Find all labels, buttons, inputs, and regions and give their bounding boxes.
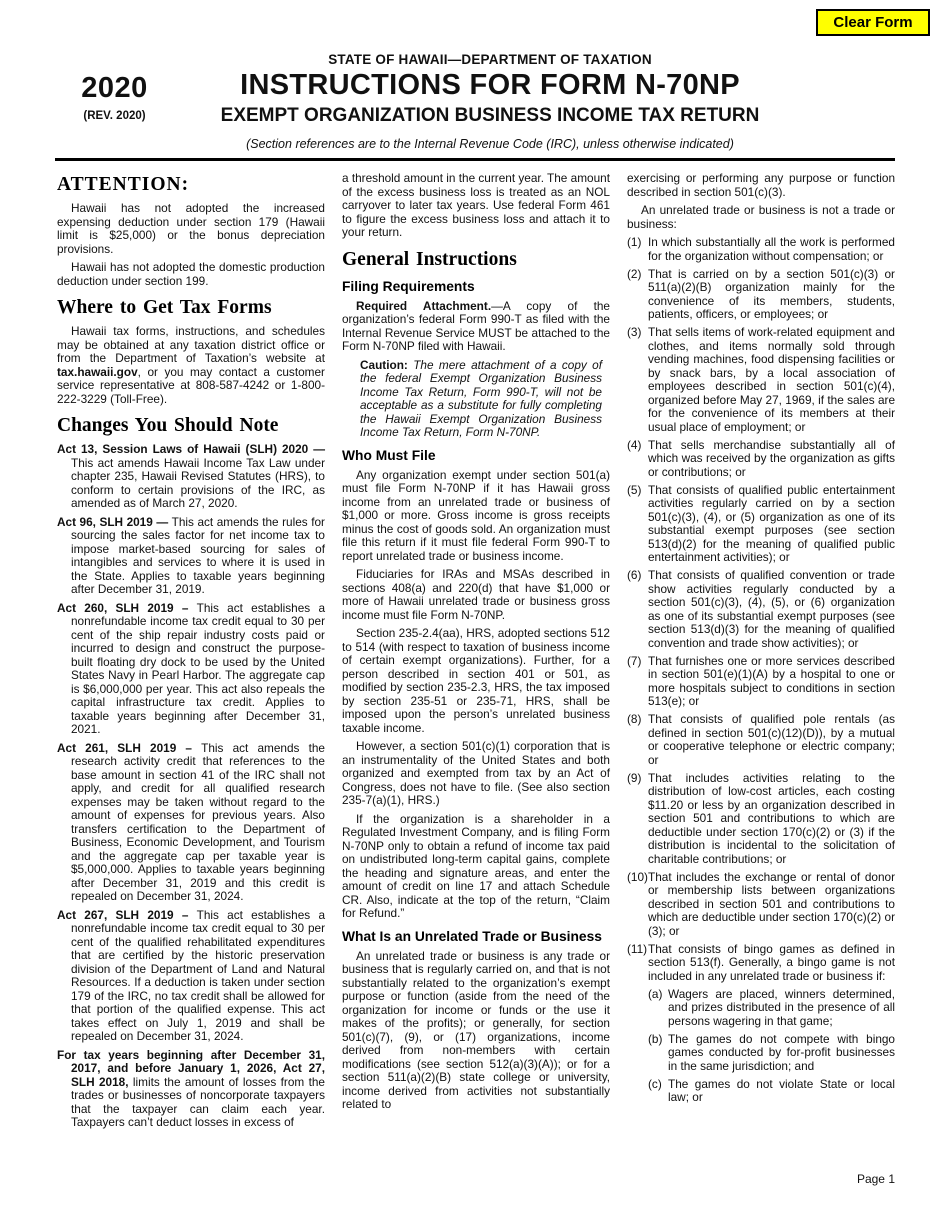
list-text: That includes the exchange or rental of … [648, 870, 895, 938]
website-text: tax.hawaii.gov [57, 365, 138, 379]
list-text: That consists of qualified public entert… [648, 483, 895, 565]
act-260-item: Act 260, SLH 2019 – This act establishes… [57, 602, 325, 737]
header-divider [55, 158, 895, 161]
form-title: INSTRUCTIONS FOR FORM N-70NP [55, 69, 925, 102]
list-marker: (1) [627, 236, 648, 250]
unrelated-trade-continuation: exercising or performing any purpose or … [627, 172, 895, 199]
list-marker: (10) [627, 871, 648, 885]
attention-paragraph-1: Hawaii has not adopted the increased exp… [57, 202, 325, 256]
list-text: That sells items of work-related equipme… [648, 325, 895, 434]
unrelated-trade-paragraph: An unrelated trade or business is any tr… [342, 950, 610, 1112]
list-text: That includes activities relating to the… [648, 771, 895, 866]
excess-loss-continuation: a threshold amount in the current year. … [342, 172, 610, 240]
list-marker: (11) [627, 943, 648, 957]
list-text: That consists of qualified pole rentals … [648, 712, 895, 767]
list-item-8: (8)That consists of qualified pole renta… [627, 713, 895, 767]
act-267-lead: Act 267, SLH 2019 – [57, 908, 197, 922]
clear-form-button[interactable]: Clear Form [816, 9, 930, 36]
column-left: ATTENTION: Hawaii has not adopted the in… [57, 172, 325, 1135]
where-text-pre: Hawaii tax forms, instructions, and sche… [57, 324, 325, 365]
column-middle: a threshold amount in the current year. … [342, 172, 610, 1117]
list-text: That furnishes one or more services desc… [648, 654, 895, 709]
page-number: Page 1 [627, 1172, 895, 1186]
column-right: exercising or performing any purpose or … [627, 172, 895, 1109]
where-to-get-heading: Where to Get Tax Forms [57, 297, 325, 319]
sublist-item-a: (a)Wagers are placed, winners determined… [648, 988, 895, 1029]
act-261-lead: Act 261, SLH 2019 – [57, 741, 201, 755]
sublist-marker: (c) [648, 1078, 668, 1092]
list-marker: (5) [627, 484, 648, 498]
list-item-5: (5)That consists of qualified public ent… [627, 484, 895, 565]
attention-heading: ATTENTION: [57, 174, 325, 196]
list-item-3: (3)That sells items of work-related equi… [627, 326, 895, 434]
sublist-text: The games do not violate State or local … [668, 1077, 895, 1105]
agency-name: STATE OF HAWAII—DEPARTMENT OF TAXATION [55, 52, 925, 67]
act-261-item: Act 261, SLH 2019 – This act amends the … [57, 742, 325, 904]
sublist-marker: (b) [648, 1033, 668, 1047]
caution-note: Caution: The mere attachment of a copy o… [360, 359, 602, 440]
act-267-item: Act 267, SLH 2019 – This act establishes… [57, 909, 325, 1044]
who-must-file-paragraph-3: Section 235-2.4(aa), HRS, adopted sectio… [342, 627, 610, 735]
list-text: That is carried on by a section 501(c)(3… [648, 267, 895, 322]
list-item-7: (7)That furnishes one or more services d… [627, 655, 895, 709]
form-subtitle: EXEMPT ORGANIZATION BUSINESS INCOME TAX … [55, 105, 925, 127]
sublist-marker: (a) [648, 988, 668, 1002]
list-marker: (3) [627, 326, 648, 340]
list-item-4: (4)That sells merchandise substantially … [627, 439, 895, 480]
list-item-9: (9)That includes activities relating to … [627, 772, 895, 867]
sublist-item-c: (c)The games do not violate State or loc… [648, 1078, 895, 1105]
list-marker: (6) [627, 569, 648, 583]
list-marker: (9) [627, 772, 648, 786]
list-text: That sells merchandise substantially all… [648, 438, 895, 479]
act-261-text: This act amends the research activity cr… [71, 741, 325, 904]
filing-requirements-heading: Filing Requirements [342, 279, 610, 295]
act-96-item: Act 96, SLH 2019 — This act amends the r… [57, 516, 325, 597]
list-marker: (8) [627, 713, 648, 727]
sublist-text: The games do not compete with bingo game… [668, 1032, 895, 1073]
list-text: That consists of qualified convention or… [648, 568, 895, 650]
list-item-6: (6)That consists of qualified convention… [627, 569, 895, 650]
changes-heading: Changes You Should Note [57, 415, 325, 437]
list-item-1: (1)In which substantially all the work i… [627, 236, 895, 263]
unrelated-trade-heading: What Is an Unrelated Trade or Business [342, 929, 610, 945]
list-marker: (4) [627, 439, 648, 453]
act-260-text: This act establishes a nonrefundable inc… [71, 601, 325, 737]
list-text: In which substantially all the work is p… [648, 235, 895, 263]
act-96-lead: Act 96, SLH 2019 — [57, 515, 172, 529]
act-13-item: Act 13, Session Laws of Hawaii (SLH) 202… [57, 443, 325, 511]
act-260-lead: Act 260, SLH 2019 – [57, 601, 197, 615]
act-27-item: For tax years beginning after December 3… [57, 1049, 325, 1130]
list-marker: (7) [627, 655, 648, 669]
not-a-trade-intro: An unrelated trade or business is not a … [627, 204, 895, 231]
who-must-file-paragraph-5: If the organization is a shareholder in … [342, 813, 610, 921]
caution-lead: Caution: [360, 358, 413, 372]
list-item-2: (2)That is carried on by a section 501(c… [627, 268, 895, 322]
list-item-10: (10)That includes the exchange or rental… [627, 871, 895, 939]
form-instructions-page: Clear Form 2020 (REV. 2020) STATE OF HAW… [0, 0, 950, 1230]
who-must-file-paragraph-4: However, a section 501(c)(1) corporation… [342, 740, 610, 808]
required-attachment-paragraph: Required Attachment.—A copy of the organ… [342, 300, 610, 354]
list-marker: (2) [627, 268, 648, 282]
act-13-text: This act amends Hawaii Income Tax Law un… [71, 456, 325, 511]
where-to-get-paragraph: Hawaii tax forms, instructions, and sche… [57, 325, 325, 406]
sublist-item-b: (b)The games do not compete with bingo g… [648, 1033, 895, 1074]
act-13-lead: Act 13, Session Laws of Hawaii (SLH) 202… [57, 442, 325, 456]
list-text: That consists of bingo games as defined … [648, 942, 895, 983]
act-267-text: This act establishes a nonrefundable inc… [71, 908, 325, 1044]
sublist-text: Wagers are placed, winners determined, a… [668, 987, 895, 1028]
form-header: STATE OF HAWAII—DEPARTMENT OF TAXATION I… [55, 52, 925, 151]
who-must-file-paragraph-2: Fiduciaries for IRAs and MSAs described … [342, 568, 610, 622]
who-must-file-heading: Who Must File [342, 448, 610, 464]
general-instructions-heading: General Instructions [342, 249, 610, 271]
who-must-file-paragraph-1: Any organization exempt under section 50… [342, 469, 610, 564]
list-item-11: (11)That consists of bingo games as defi… [627, 943, 895, 984]
attention-paragraph-2: Hawaii has not adopted the domestic prod… [57, 261, 325, 288]
required-attachment-lead: Required Attachment. [356, 299, 491, 313]
section-reference-note: (Section references are to the Internal … [55, 137, 925, 151]
